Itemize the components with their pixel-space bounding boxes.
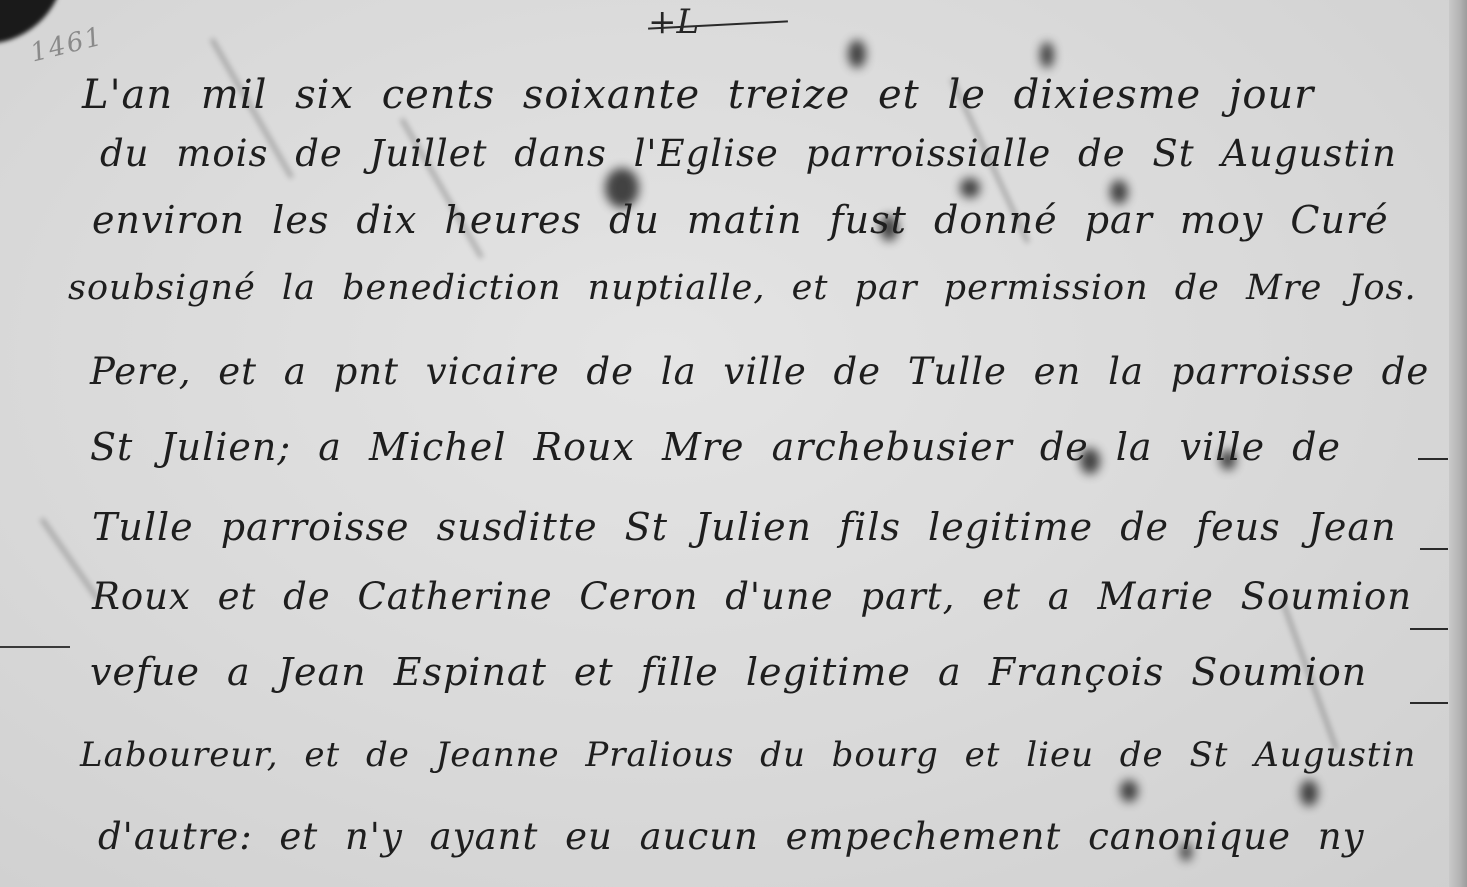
page-right-edge — [1449, 0, 1467, 887]
register-line-5: Pere, et a pnt vicaire de la ville de Tu… — [90, 350, 1429, 393]
ink-blot — [960, 178, 980, 198]
line-6-fill-dash — [1418, 458, 1448, 460]
register-line-6: St Julien; a Michel Roux Mre archebusier… — [90, 425, 1341, 469]
register-line-11: d'autre: et n'y ayant eu aucun empecheme… — [98, 815, 1365, 858]
register-line-1: L'an mil six cents soixante treize et le… — [82, 72, 1314, 118]
line-9-fill-dash — [1410, 702, 1448, 704]
ink-blot — [848, 40, 866, 68]
ink-blot — [1120, 780, 1138, 802]
scanned-register-page: 1461 +L L'an mil six cents soixante trei… — [0, 0, 1467, 887]
register-line-8: Roux et de Catherine Ceron d'une part, e… — [92, 575, 1412, 618]
register-line-4: soubsigné la benediction nuptialle, et p… — [68, 268, 1417, 308]
register-line-10: Laboureur, et de Jeanne Pralious du bour… — [80, 735, 1416, 775]
line-7-fill-dash — [1420, 548, 1448, 550]
register-line-7: Tulle parroisse susditte St Julien fils … — [92, 505, 1397, 549]
register-line-9: vefue a Jean Espinat et fille legitime a… — [90, 650, 1367, 694]
folio-mark: +L — [648, 2, 699, 42]
register-line-3: environ les dix heures du matin fust don… — [92, 198, 1389, 242]
register-line-2: du mois de Juillet dans l'Eglise parrois… — [100, 132, 1397, 175]
line-8-fill-dash — [1410, 628, 1448, 630]
margin-folio-number: 1461 — [27, 21, 106, 68]
ink-blot — [1040, 42, 1054, 68]
margin-left-rule — [0, 646, 70, 648]
ink-blot — [1300, 780, 1318, 806]
